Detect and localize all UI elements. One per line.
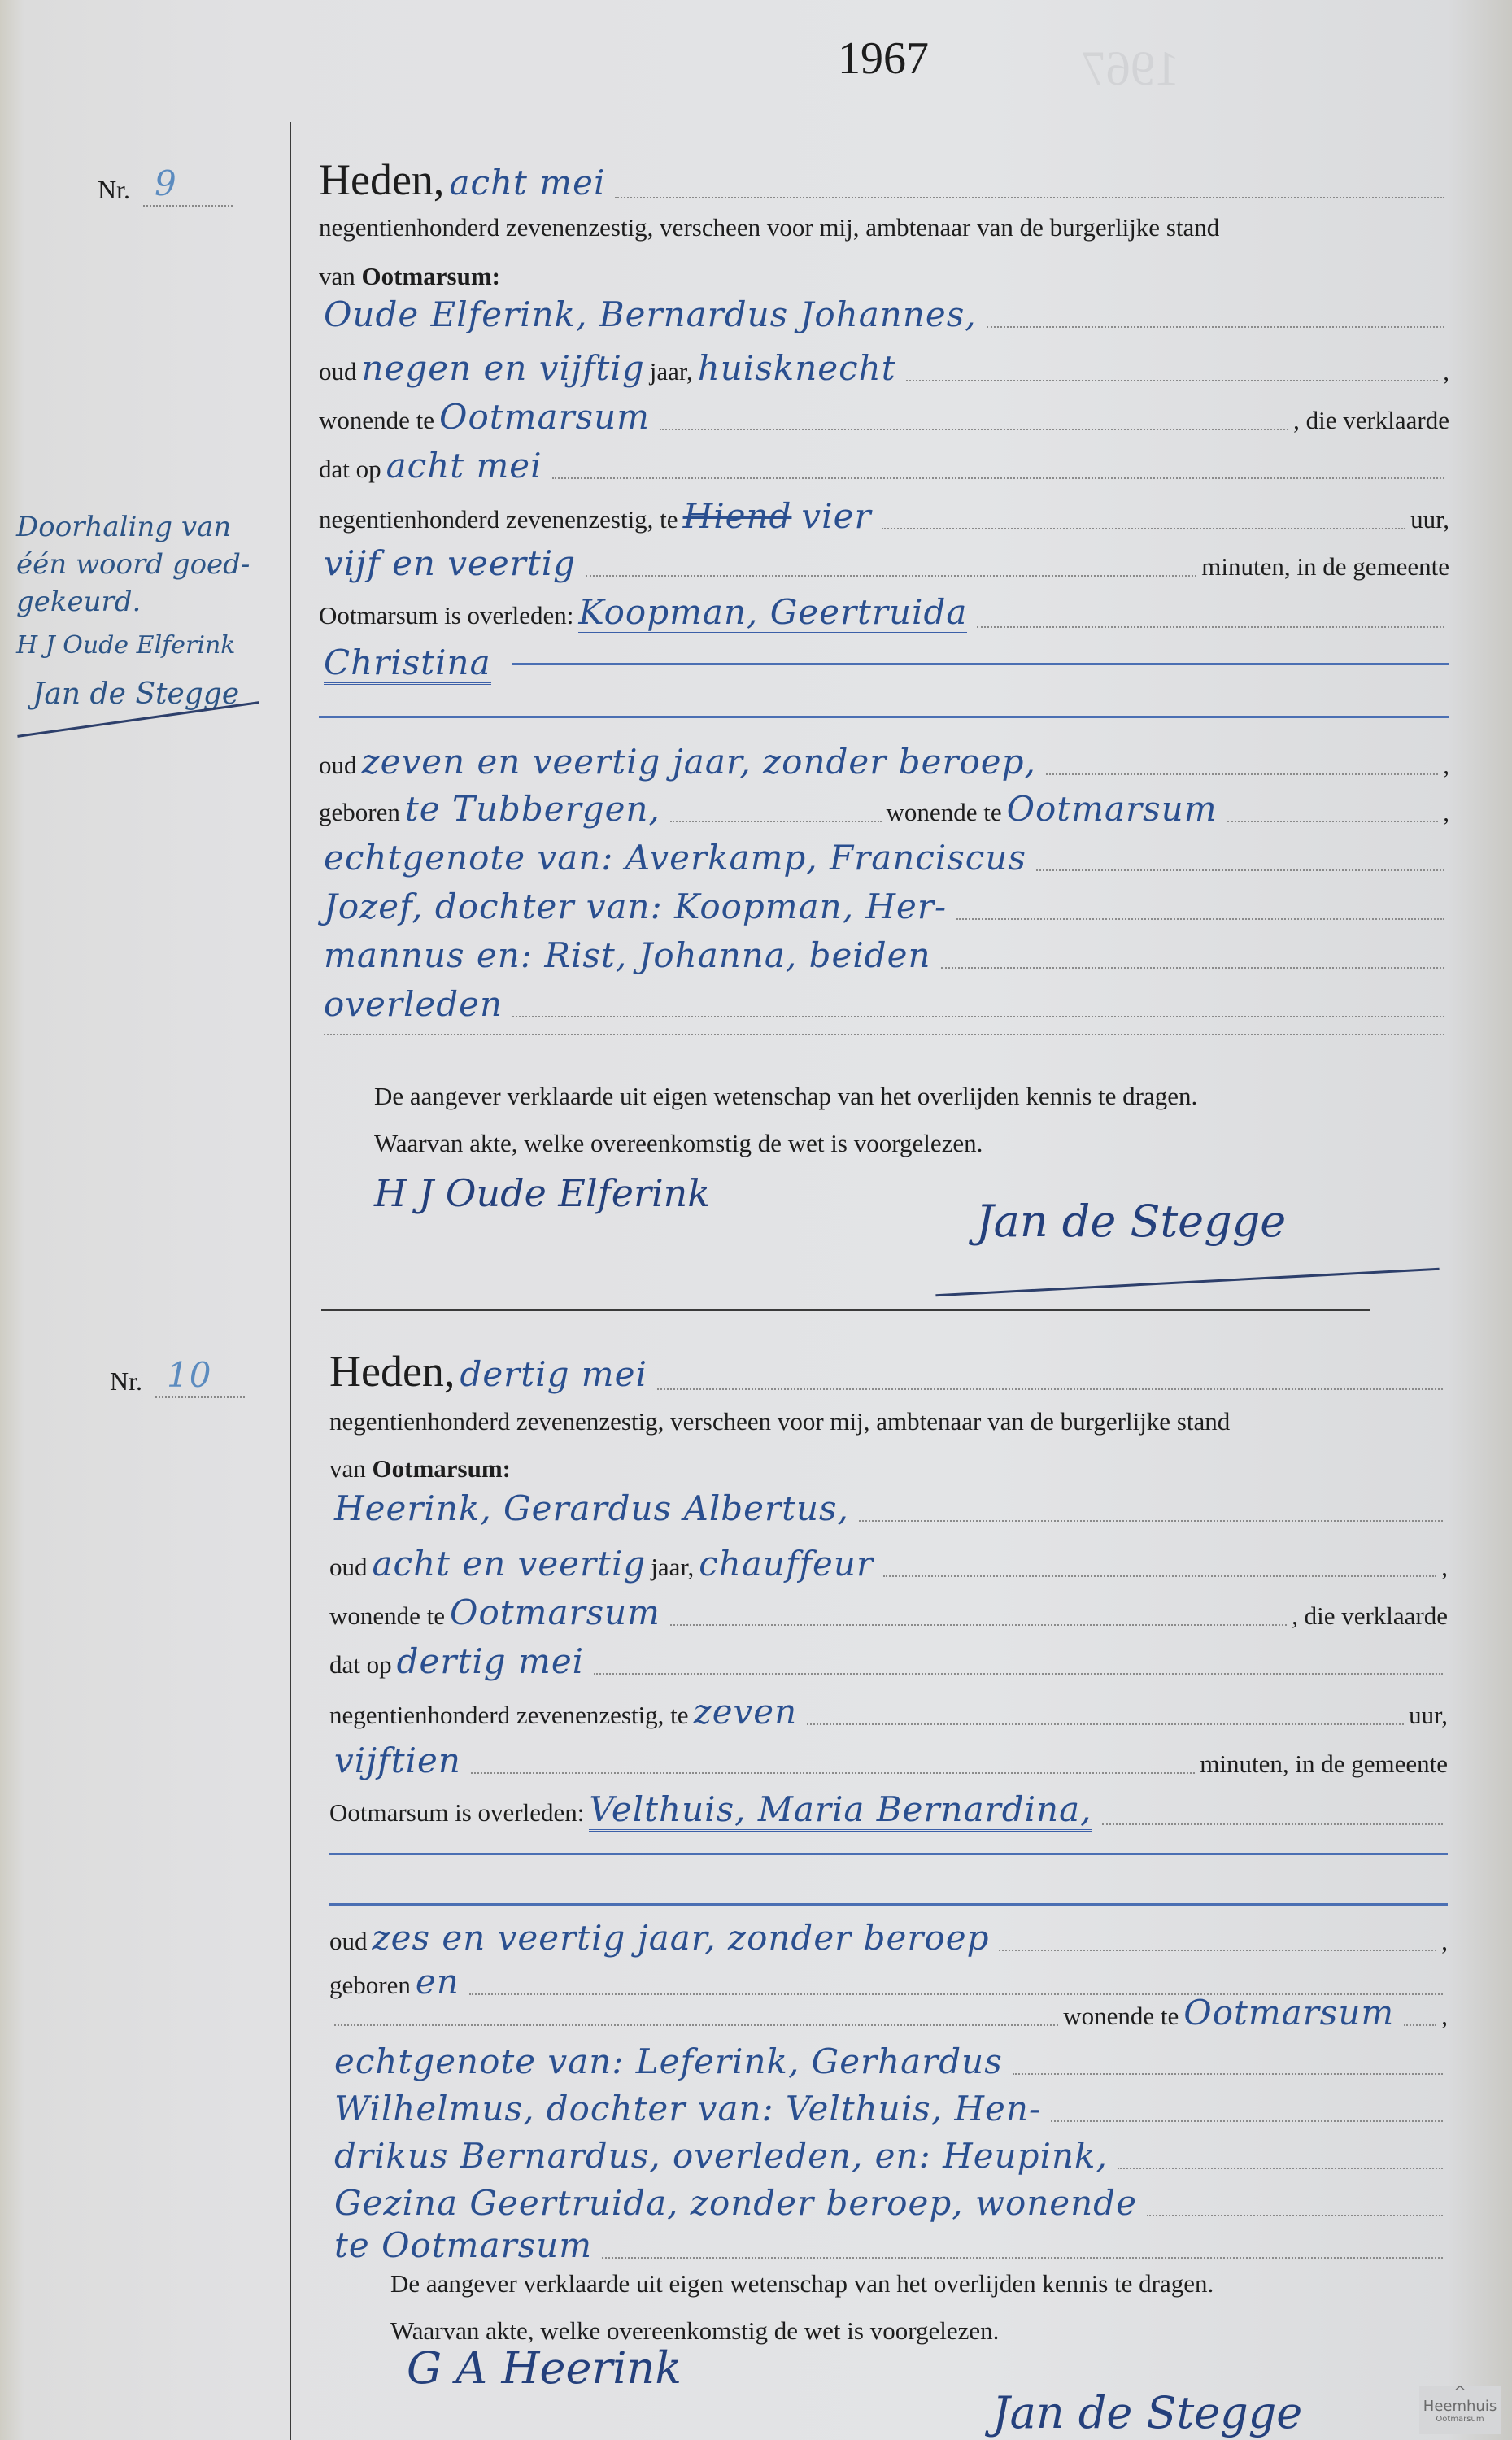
- margin-divider: [290, 122, 291, 2440]
- residence-line: wonende te Ootmarsum ,: [329, 1993, 1448, 2033]
- details-line: echtgenote van: Leferink, Gerhardus: [329, 2041, 1448, 2081]
- bleed-through-year: 1967: [1082, 41, 1179, 97]
- deceased-line: Ootmarsum is overleden: Velthuis, Maria …: [329, 1789, 1448, 1832]
- van-label: van: [329, 1454, 366, 1484]
- informant-age-line: oud acht en veertig jaar, chauffeur ,: [329, 1544, 1448, 1584]
- die-verklaarde-label: , die verklaarde: [1292, 1601, 1448, 1631]
- deceased-line: Ootmarsum is overleden: Koopman, Geertru…: [319, 592, 1449, 634]
- death-minutes-line: vijftien minuten, in de gemeente: [329, 1741, 1448, 1780]
- deceased-given-name: Christina: [324, 643, 491, 685]
- informant-occupation: huisknecht: [698, 348, 896, 388]
- heemhuis-logo: ^ Heemhuis Ootmarsum: [1419, 2386, 1501, 2434]
- details-text: drikus Bernardus, overleden, en: Heupink…: [334, 2136, 1108, 2176]
- year-te-label: negentienhonderd zevenenzestig, te: [319, 505, 678, 534]
- van-label: van: [319, 262, 355, 291]
- heden-line: Heden, dertig mei: [329, 1346, 1448, 1396]
- nr-label: Nr.: [98, 175, 130, 204]
- death-hour-line: negentienhonderd zevenenzestig, te zeven…: [329, 1692, 1448, 1732]
- informant-age: negen en vijftig: [362, 348, 645, 388]
- nr-value: 10: [167, 1355, 211, 1395]
- closing-formula: Waarvan akte, welke overeenkomstig de we…: [374, 1129, 983, 1158]
- informant-name: Oude Elferink, Bernardus Johannes,: [324, 294, 977, 334]
- heden-label: Heden,: [319, 155, 444, 205]
- details-text: Wilhelmus, dochter van: Velthuis, Hen-: [334, 2089, 1041, 2128]
- jaar-label: jaar,: [651, 1553, 694, 1582]
- birthplace-line: geboren te Tubbergen, wonende te Ootmars…: [319, 789, 1449, 829]
- entry-separator: [321, 1309, 1370, 1311]
- informant-occupation: chauffeur: [699, 1544, 874, 1584]
- informant-name: Heerink, Gerardus Albertus,: [334, 1488, 849, 1528]
- struck-word: Hiend: [683, 496, 792, 536]
- death-date-line: dat op dertig mei: [329, 1641, 1448, 1681]
- deceased-name: Velthuis, Maria Bernardina,: [589, 1789, 1092, 1832]
- closing-statement: De aangever verklaarde uit eigen wetensc…: [390, 2269, 1214, 2298]
- oud-label: oud: [329, 1927, 368, 1956]
- informant-residence: Ootmarsum: [439, 397, 650, 437]
- preamble-line: negentienhonderd zevenenzestig, verschee…: [319, 213, 1449, 242]
- death-date: dertig mei: [397, 1641, 584, 1681]
- logo-place: Ootmarsum: [1419, 2415, 1501, 2425]
- informant-line: Heerink, Gerardus Albertus,: [329, 1488, 1448, 1528]
- uur-label: uur,: [1410, 505, 1449, 534]
- death-minutes: vijf en veertig: [324, 543, 576, 583]
- minuten-label: minuten, in de gemeente: [1201, 552, 1449, 582]
- oud-label: oud: [319, 357, 357, 386]
- page-year: 1967: [838, 33, 929, 85]
- details-text: Gezina Geertruida, zonder beroep, wonend…: [334, 2183, 1137, 2223]
- die-verklaarde-label: , die verklaarde: [1293, 406, 1449, 435]
- informant-line: Oude Elferink, Bernardus Johannes,: [319, 294, 1449, 334]
- details-line: overleden: [319, 984, 1449, 1024]
- entry-number: Nr. 10: [110, 1366, 245, 1398]
- fill-rule: [329, 1853, 1448, 1855]
- record-date: acht mei: [449, 163, 605, 203]
- year-te-label: negentienhonderd zevenenzestig, te: [329, 1701, 689, 1730]
- details-line: Jozef, dochter van: Koopman, Her-: [319, 887, 1449, 926]
- blank-line: [319, 1033, 1449, 1042]
- informant-residence-line: wonende te Ootmarsum , die verklaarde: [319, 397, 1449, 437]
- wonende-label: wonende te: [887, 798, 1002, 827]
- jaar-label: jaar,: [650, 357, 693, 386]
- register-page: 1967 1967 Doorhaling van één woord goed-…: [0, 0, 1512, 2440]
- municipality: Ootmarsum:: [373, 1454, 511, 1484]
- details-line: drikus Bernardus, overleden, en: Heupink…: [329, 2136, 1448, 2176]
- heden-line: Heden, acht mei: [319, 155, 1449, 205]
- deceased-name: Koopman, Geertruida: [578, 592, 967, 634]
- deceased-age-occupation: zeven en veertig jaar, zonder beroep,: [362, 742, 1036, 782]
- informant-residence: Ootmarsum: [450, 1593, 660, 1632]
- details-text: Jozef, dochter van: Koopman, Her-: [324, 887, 947, 926]
- deceased-age-line: oud zeven en veertig jaar, zonder beroep…: [319, 742, 1449, 782]
- details-text: te Ootmarsum: [334, 2225, 592, 2265]
- details-text: echtgenote van: Averkamp, Franciscus: [324, 838, 1026, 878]
- margin-note-line: gekeurd.: [16, 583, 285, 621]
- margin-note-line: één woord goed-: [16, 546, 285, 583]
- deceased-age-occupation: zes en veertig jaar, zonder beroep: [373, 1918, 990, 1958]
- informant-residence-line: wonende te Ootmarsum , die verklaarde: [329, 1593, 1448, 1632]
- death-date: acht mei: [386, 446, 542, 486]
- margin-annotation: Doorhaling van één woord goed- gekeurd. …: [16, 508, 285, 721]
- death-hour-line: negentienhonderd zevenenzestig, te Hiend…: [319, 496, 1449, 536]
- details-line: te Ootmarsum: [329, 2225, 1448, 2265]
- residence: Ootmarsum: [1007, 789, 1218, 829]
- overleden-label: Ootmarsum is overleden:: [319, 601, 573, 630]
- wonende-label: wonende te: [329, 1601, 445, 1631]
- municipality-line: van Ootmarsum:: [329, 1454, 1460, 1484]
- details-line: echtgenote van: Averkamp, Franciscus: [319, 838, 1449, 878]
- residence: Ootmarsum: [1183, 1993, 1394, 2033]
- preamble-line: negentienhonderd zevenenzestig, verschee…: [329, 1407, 1460, 1436]
- fill-rule: [319, 716, 1449, 718]
- closing-formula: Waarvan akte, welke overeenkomstig de we…: [390, 2316, 999, 2346]
- birthplace: te Tubbergen,: [405, 789, 660, 829]
- municipality-line: van Ootmarsum:: [319, 262, 1449, 291]
- margin-signature-official: Jan de Stegge: [33, 676, 285, 713]
- fill-rule: [329, 1903, 1448, 1906]
- overleden-label: Ootmarsum is overleden:: [329, 1798, 584, 1828]
- entry-number: Nr. 9: [98, 175, 233, 207]
- signature-informant: G A Heerink: [407, 2342, 682, 2394]
- geboren-label: geboren: [319, 798, 400, 827]
- preamble-text: negentienhonderd zevenenzestig, verschee…: [329, 1407, 1230, 1436]
- death-minutes-line: vijf en veertig minuten, in de gemeente: [319, 543, 1449, 583]
- margin-note-line: Doorhaling van: [16, 508, 285, 546]
- death-hour: zeven: [694, 1692, 798, 1732]
- deceased-age-line: oud zes en veertig jaar, zonder beroep ,: [329, 1918, 1448, 1958]
- signature-official: Jan de Stegge: [976, 1196, 1286, 1247]
- details-text: mannus en: Rist, Johanna, beiden: [324, 935, 931, 975]
- informant-age: acht en veertig: [373, 1544, 647, 1584]
- house-roof-icon: ^: [1419, 2386, 1501, 2399]
- details-text: echtgenote van: Leferink, Gerhardus: [334, 2041, 1003, 2081]
- logo-name: Heemhuis: [1419, 2399, 1501, 2415]
- dat-op-label: dat op: [329, 1650, 392, 1680]
- heden-label: Heden,: [329, 1346, 455, 1396]
- signature-informant: H J Oude Elferink: [374, 1171, 710, 1215]
- wonende-label: wonende te: [1063, 2002, 1179, 2031]
- uur-label: uur,: [1409, 1701, 1448, 1730]
- nr-value: 9: [155, 163, 177, 203]
- informant-age-line: oud negen en vijftig jaar, huisknecht ,: [319, 348, 1449, 388]
- details-line: Gezina Geertruida, zonder beroep, wonend…: [329, 2183, 1448, 2223]
- details-line: mannus en: Rist, Johanna, beiden: [319, 935, 1449, 975]
- nr-label: Nr.: [110, 1366, 142, 1396]
- wonende-label: wonende te: [319, 406, 434, 435]
- deceased-line-2: Christina: [319, 643, 1449, 685]
- details-text: overleden: [324, 984, 503, 1024]
- closing-statement: De aangever verklaarde uit eigen wetensc…: [374, 1082, 1197, 1111]
- death-minutes: vijftien: [334, 1741, 461, 1780]
- preamble-text: negentienhonderd zevenenzestig, verschee…: [319, 213, 1219, 242]
- margin-signature-informant: H J Oude Elferink: [16, 627, 285, 664]
- death-hour: vier: [801, 496, 871, 536]
- details-line: Wilhelmus, dochter van: Velthuis, Hen-: [329, 2089, 1448, 2128]
- oud-label: oud: [319, 751, 357, 780]
- signature-rule: [935, 1268, 1439, 1296]
- oud-label: oud: [329, 1553, 368, 1582]
- signature-official: Jan de Stegge: [992, 2387, 1302, 2438]
- minuten-label: minuten, in de gemeente: [1200, 1749, 1448, 1779]
- dat-op-label: dat op: [319, 455, 381, 484]
- death-date-line: dat op acht mei: [319, 446, 1449, 486]
- municipality: Ootmarsum:: [362, 262, 500, 291]
- record-date: dertig mei: [460, 1354, 647, 1394]
